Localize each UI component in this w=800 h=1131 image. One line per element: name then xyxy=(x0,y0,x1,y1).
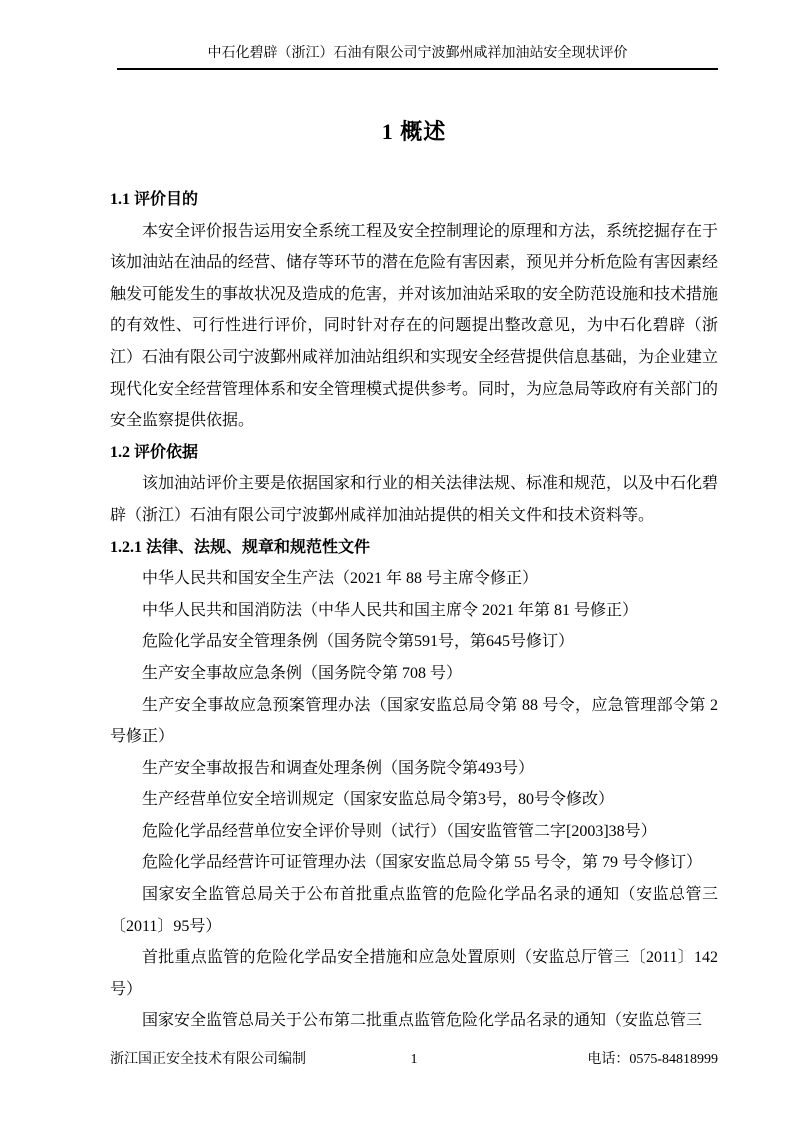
section-1-1-paragraph: 本安全评价报告运用安全系统工程及安全控制理论的原理和方法，系统挖掘存在于该加油站… xyxy=(110,216,718,437)
footer-phone: 电话：0575-84818999 xyxy=(418,1050,719,1070)
law-list-item: 中华人民共和国安全生产法（2021 年 88 号主席令修正） xyxy=(110,563,718,595)
header-title: 中石化碧辟（浙江）石油有限公司宁波鄞州咸祥加油站安全现状评价 xyxy=(208,46,628,61)
chapter-title: 1 概述 xyxy=(110,117,718,147)
law-list-item-truncated: 国家安全监管总局关于公布第二批重点监管危险化学品名录的通知（安监总管三 xyxy=(110,1005,718,1037)
document-page: 中石化碧辟（浙江）石油有限公司宁波鄞州咸祥加油站安全现状评价 1 概述 1.1 … xyxy=(0,0,800,1131)
document-body: 1.1 评价目的 本安全评价报告运用安全系统工程及安全控制理论的原理和方法，系统… xyxy=(110,184,718,1037)
section-heading-1-2-1: 1.2.1 法律、法规、规章和规范性文件 xyxy=(110,532,718,564)
section-heading-1-1: 1.1 评价目的 xyxy=(110,184,718,216)
law-list-item: 生产经营单位安全培训规定（国家安监总局令第3号，80号令修改） xyxy=(110,784,718,816)
page-footer: 浙江国正安全技术有限公司编制 1 电话：0575-84818999 xyxy=(110,1050,718,1070)
law-list-item: 国家安全监管总局关于公布首批重点监管的危险化学品名录的通知（安监总管三〔2011… xyxy=(110,879,718,942)
law-list-item: 生产安全事故应急预案管理办法（国家安监总局令第 88 号令，应急管理部令第 2 … xyxy=(110,690,718,753)
footer-company: 浙江国正安全技术有限公司编制 xyxy=(110,1050,411,1070)
section-heading-1-2: 1.2 评价依据 xyxy=(110,437,718,469)
law-list-item: 危险化学品经营许可证管理办法（国家安监总局令第 55 号令，第 79 号令修订） xyxy=(110,847,718,879)
page-header: 中石化碧辟（浙江）石油有限公司宁波鄞州咸祥加油站安全现状评价 xyxy=(117,44,718,70)
law-list-item: 危险化学品经营单位安全评价导则（试行）（国安监管管二字[2003]38号） xyxy=(110,816,718,848)
law-list-item: 中华人民共和国消防法（中华人民共和国主席令 2021 年第 81 号修正） xyxy=(110,595,718,627)
page-number: 1 xyxy=(411,1050,418,1070)
law-list-item: 生产安全事故报告和调查处理条例（国务院令第493号） xyxy=(110,753,718,785)
section-1-2-paragraph: 该加油站评价主要是依据国家和行业的相关法律法规、标准和规范，以及中石化碧辟（浙江… xyxy=(110,468,718,531)
law-list-item: 首批重点监管的危险化学品安全措施和应急处置原则（安监总厅管三〔2011〕142号… xyxy=(110,942,718,1005)
law-list-item: 生产安全事故应急条例（国务院令第 708 号） xyxy=(110,658,718,690)
law-list-item: 危险化学品安全管理条例（国务院令第591号，第645号修订） xyxy=(110,626,718,658)
